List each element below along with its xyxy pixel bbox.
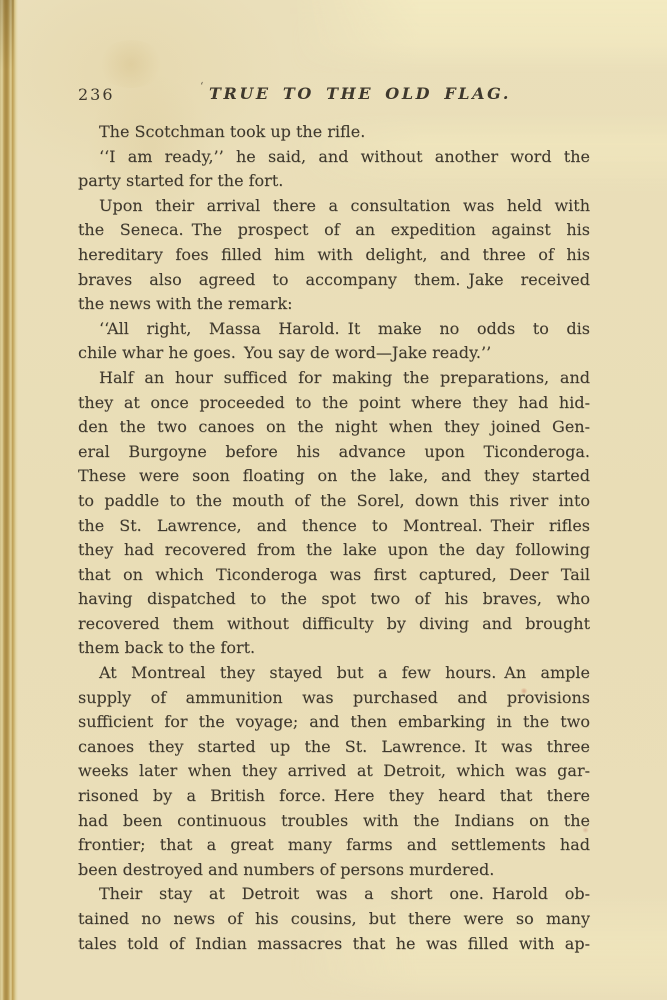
text-line: sufficient for the voyage; and then emba… bbox=[78, 710, 590, 735]
text-line: At Montreal they stayed but a few hours.… bbox=[78, 661, 590, 686]
text-line: Their stay at Detroit was a short one. H… bbox=[78, 882, 590, 907]
page-number: 236 bbox=[78, 85, 115, 104]
text-line: chile whar he goes. You say de word—Jake… bbox=[78, 341, 590, 366]
text-line: These were soon floating on the lake, an… bbox=[78, 464, 590, 489]
stray-ink-mark: ‘ bbox=[200, 80, 204, 93]
text-line: to paddle to the mouth of the Sorel, dow… bbox=[78, 489, 590, 514]
page-text: The Scotchman took up the rifle.‘‘I am r… bbox=[78, 120, 590, 956]
text-line: tained no news of his cousins, but there… bbox=[78, 907, 590, 932]
text-line: ‘‘All right, Massa Harold. It make no od… bbox=[78, 317, 590, 342]
page-content: 236 ‘ TRUE TO THE OLD FLAG. The Scotchma… bbox=[78, 84, 590, 956]
text-line: supply of ammunition was purchased and p… bbox=[78, 686, 590, 711]
text-line: the Seneca. The prospect of an expeditio… bbox=[78, 218, 590, 243]
page-header: 236 ‘ TRUE TO THE OLD FLAG. bbox=[78, 84, 590, 108]
binding-shadow bbox=[0, 0, 14, 70]
text-line: they at once proceeded to the point wher… bbox=[78, 391, 590, 416]
text-line: that on which Ticonderoga was first capt… bbox=[78, 563, 590, 588]
text-line: risoned by a British force. Here they he… bbox=[78, 784, 590, 809]
text-line: Half an hour sufficed for making the pre… bbox=[78, 366, 590, 391]
text-line: den the two canoes on the night when the… bbox=[78, 415, 590, 440]
text-line: hereditary foes filled him with delight,… bbox=[78, 243, 590, 268]
running-title-row: TRUE TO THE OLD FLAG. bbox=[78, 84, 590, 103]
text-line: The Scotchman took up the rifle. bbox=[78, 120, 590, 145]
text-line: Upon their arrival there a consultation … bbox=[78, 194, 590, 219]
text-line: the St. Lawrence, and thence to Montreal… bbox=[78, 514, 590, 539]
text-line: having dispatched to the spot two of his… bbox=[78, 587, 590, 612]
running-title: TRUE TO THE OLD FLAG. bbox=[209, 84, 511, 103]
text-line: had been continuous troubles with the In… bbox=[78, 809, 590, 834]
text-line: ‘‘I am ready,’’ he said, and without ano… bbox=[78, 145, 590, 170]
text-line: frontier; that a great many farms and se… bbox=[78, 833, 590, 858]
text-line: canoes they started up the St. Lawrence.… bbox=[78, 735, 590, 760]
paper-stain bbox=[96, 40, 166, 88]
book-page: 236 ‘ TRUE TO THE OLD FLAG. The Scotchma… bbox=[0, 0, 667, 1000]
text-line: been destroyed and numbers of persons mu… bbox=[78, 858, 590, 883]
text-line: recovered them without difficulty by div… bbox=[78, 612, 590, 637]
text-line: they had recovered from the lake upon th… bbox=[78, 538, 590, 563]
text-line: party started for the fort. bbox=[78, 169, 590, 194]
text-line: braves also agreed to accompany them. Ja… bbox=[78, 268, 590, 293]
text-line: eral Burgoyne before his advance upon Ti… bbox=[78, 440, 590, 465]
text-line: the news with the remark: bbox=[78, 292, 590, 317]
binding-edge bbox=[0, 0, 18, 1000]
text-line: tales told of Indian massacres that he w… bbox=[78, 932, 590, 957]
text-line: weeks later when they arrived at Detroit… bbox=[78, 759, 590, 784]
text-line: them back to the fort. bbox=[78, 636, 590, 661]
